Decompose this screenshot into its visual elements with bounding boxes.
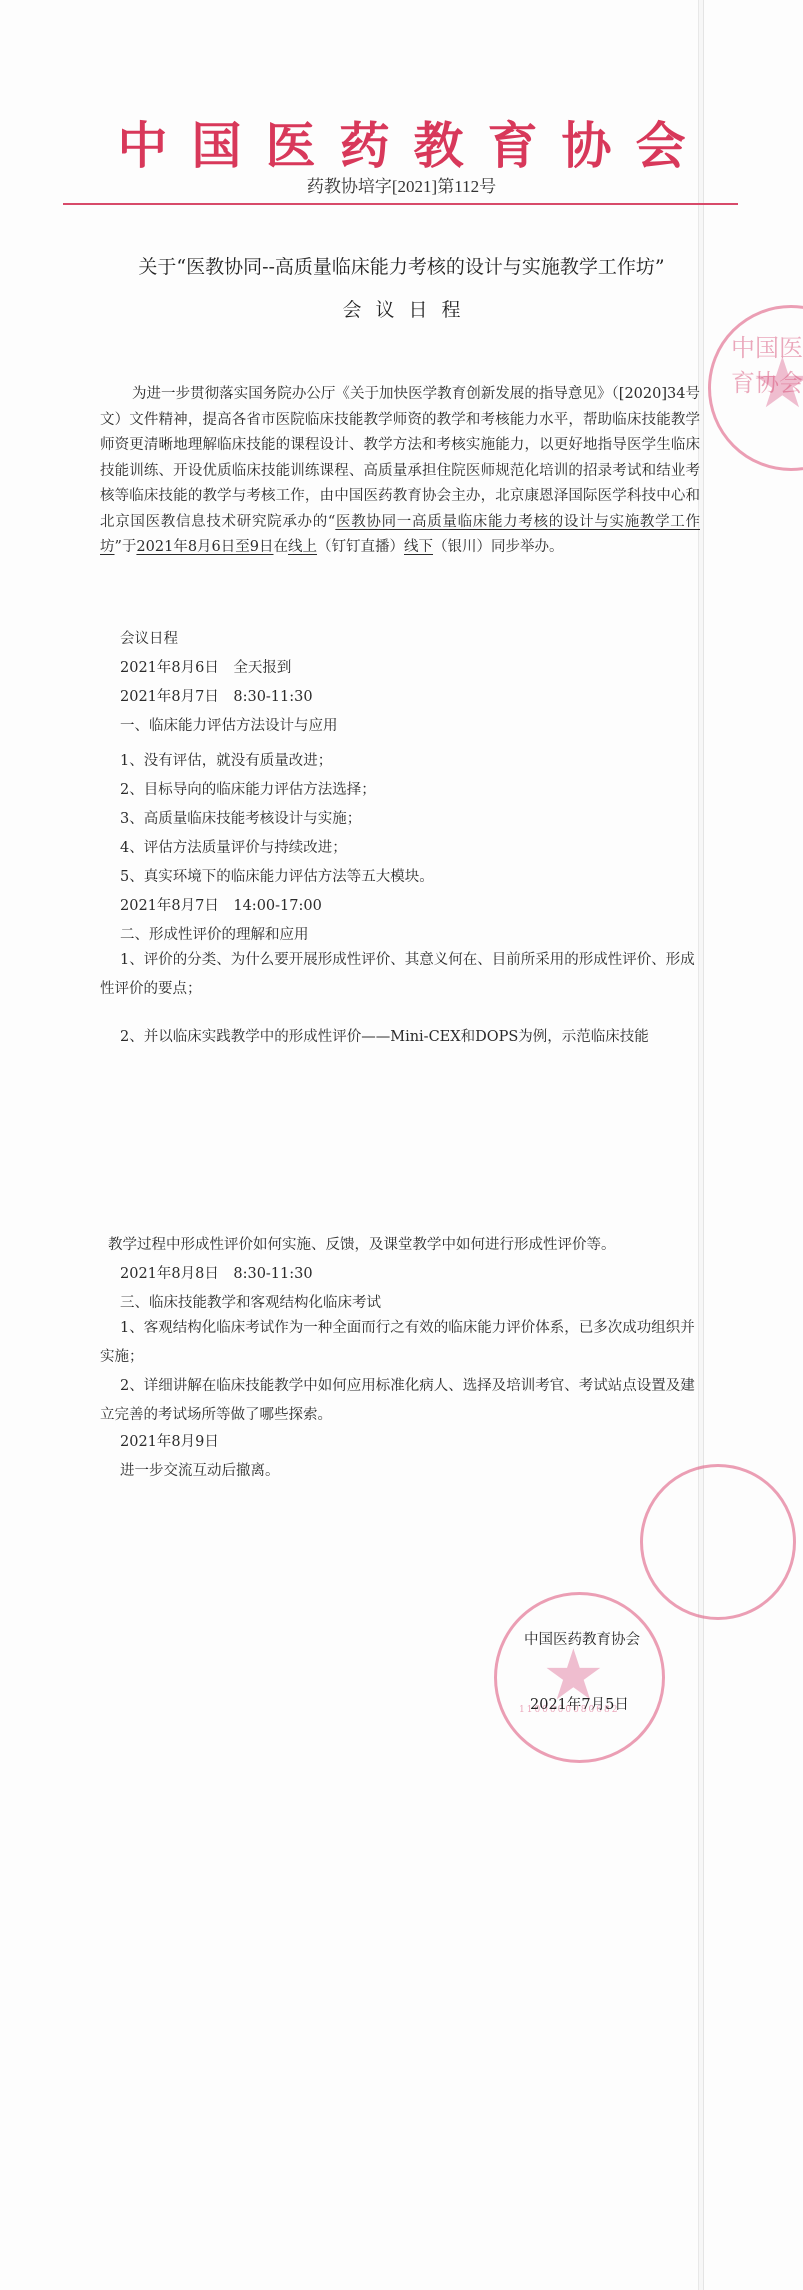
- document-page: 中国医药教育协会 药教协培字[2021]第112号 关于“医教协同--高质量临床…: [0, 0, 803, 2290]
- official-seal-signature: ★ 1100000080682: [494, 1592, 665, 1763]
- document-subtitle: 会议日程: [0, 295, 803, 322]
- signature-organization: 中国医药教育协会: [524, 1628, 640, 1649]
- section3-item-1: 1、客观结构化临床考试作为一种全面而行之有效的临床能力评价体系，已多次成功组织并…: [100, 1314, 700, 1372]
- schedule-day4-note: 进一步交流互动后撤离。: [120, 1459, 280, 1480]
- section1-item-4: 4、评估方法质量评价与持续改进；: [120, 836, 347, 857]
- schedule-day3-am: 2021年8月8日 8:30-11:30: [120, 1262, 313, 1283]
- section2-title: 二、形成性评价的理解和应用: [120, 923, 309, 944]
- section1-item-3: 3、高质量临床技能考核设计与实施；: [120, 807, 361, 828]
- document-title: 关于“医教协同--高质量临床能力考核的设计与实施教学工作坊”: [0, 252, 803, 279]
- schedule-heading: 会议日程: [120, 627, 178, 648]
- section1-item-1: 1、没有评估，就没有质量改进；: [120, 749, 332, 770]
- letterhead-organization: 中国医药教育协会: [0, 106, 803, 178]
- section3-item-2: 2、详细讲解在临床技能教学中如何应用标准化病人、选择及培训考官、考试站点设置及建…: [100, 1372, 700, 1430]
- intro-paragraph: 为进一步贯彻落实国务院办公厅《关于加快医学教育创新发展的指导意见》（[2020]…: [100, 382, 700, 561]
- section2-item-2-part1: 2、并以临床实践教学中的形成性评价——Mini-CEX和DOPS为例，示范临床技…: [120, 1025, 649, 1046]
- schedule-day2-pm: 2021年8月7日 14:00-17:00: [120, 894, 322, 915]
- intro-text-5: （银川）同步举办。: [433, 539, 564, 555]
- intro-text-1: 为进一步贯彻落实国务院办公厅《关于加快医学教育创新发展的指导意见》（[2020]…: [100, 386, 700, 530]
- letterhead-divider: [63, 203, 738, 205]
- section2-item-1: 1、评价的分类、为什么要开展形成性评价、其意义何在、目前所采用的形成性评价、形成…: [100, 946, 700, 1004]
- section2-item-2-part2: 教学过程中形成性评价如何实施、反馈，及课堂教学中如何进行形成性评价等。: [108, 1233, 616, 1254]
- online-mode: 线上: [288, 539, 317, 555]
- section3-title: 三、临床技能教学和客观结构化临床考试: [120, 1291, 381, 1312]
- section1-title: 一、临床能力评估方法设计与应用: [120, 714, 338, 735]
- signature-date: 2021年7月5日: [530, 1693, 629, 1714]
- offline-mode: 线下: [404, 539, 433, 555]
- section1-item-5: 5、真实环境下的临床能力评估方法等五大模块。: [120, 865, 434, 886]
- intro-text-4: （钉钉直播）: [317, 539, 404, 555]
- scan-fold-line: [698, 0, 704, 2290]
- workshop-dates: 2021年8月6日至9日: [136, 539, 273, 555]
- intro-text-3: 在: [274, 539, 289, 555]
- schedule-day2-am: 2021年8月7日 8:30-11:30: [120, 685, 313, 706]
- intro-text-2: ”于: [115, 539, 137, 555]
- official-seal-right-edge: [640, 1464, 796, 1620]
- document-number: 药教协培字[2021]第112号: [0, 172, 803, 197]
- official-seal-top-right: ★ 中国医药教育协会: [708, 305, 803, 471]
- schedule-day1: 2021年8月6日 全天报到: [120, 656, 291, 677]
- seal-ring-text: 中国医药教育协会: [731, 328, 803, 398]
- schedule-day4: 2021年8月9日: [120, 1430, 219, 1451]
- section1-item-2: 2、目标导向的临床能力评估方法选择；: [120, 778, 376, 799]
